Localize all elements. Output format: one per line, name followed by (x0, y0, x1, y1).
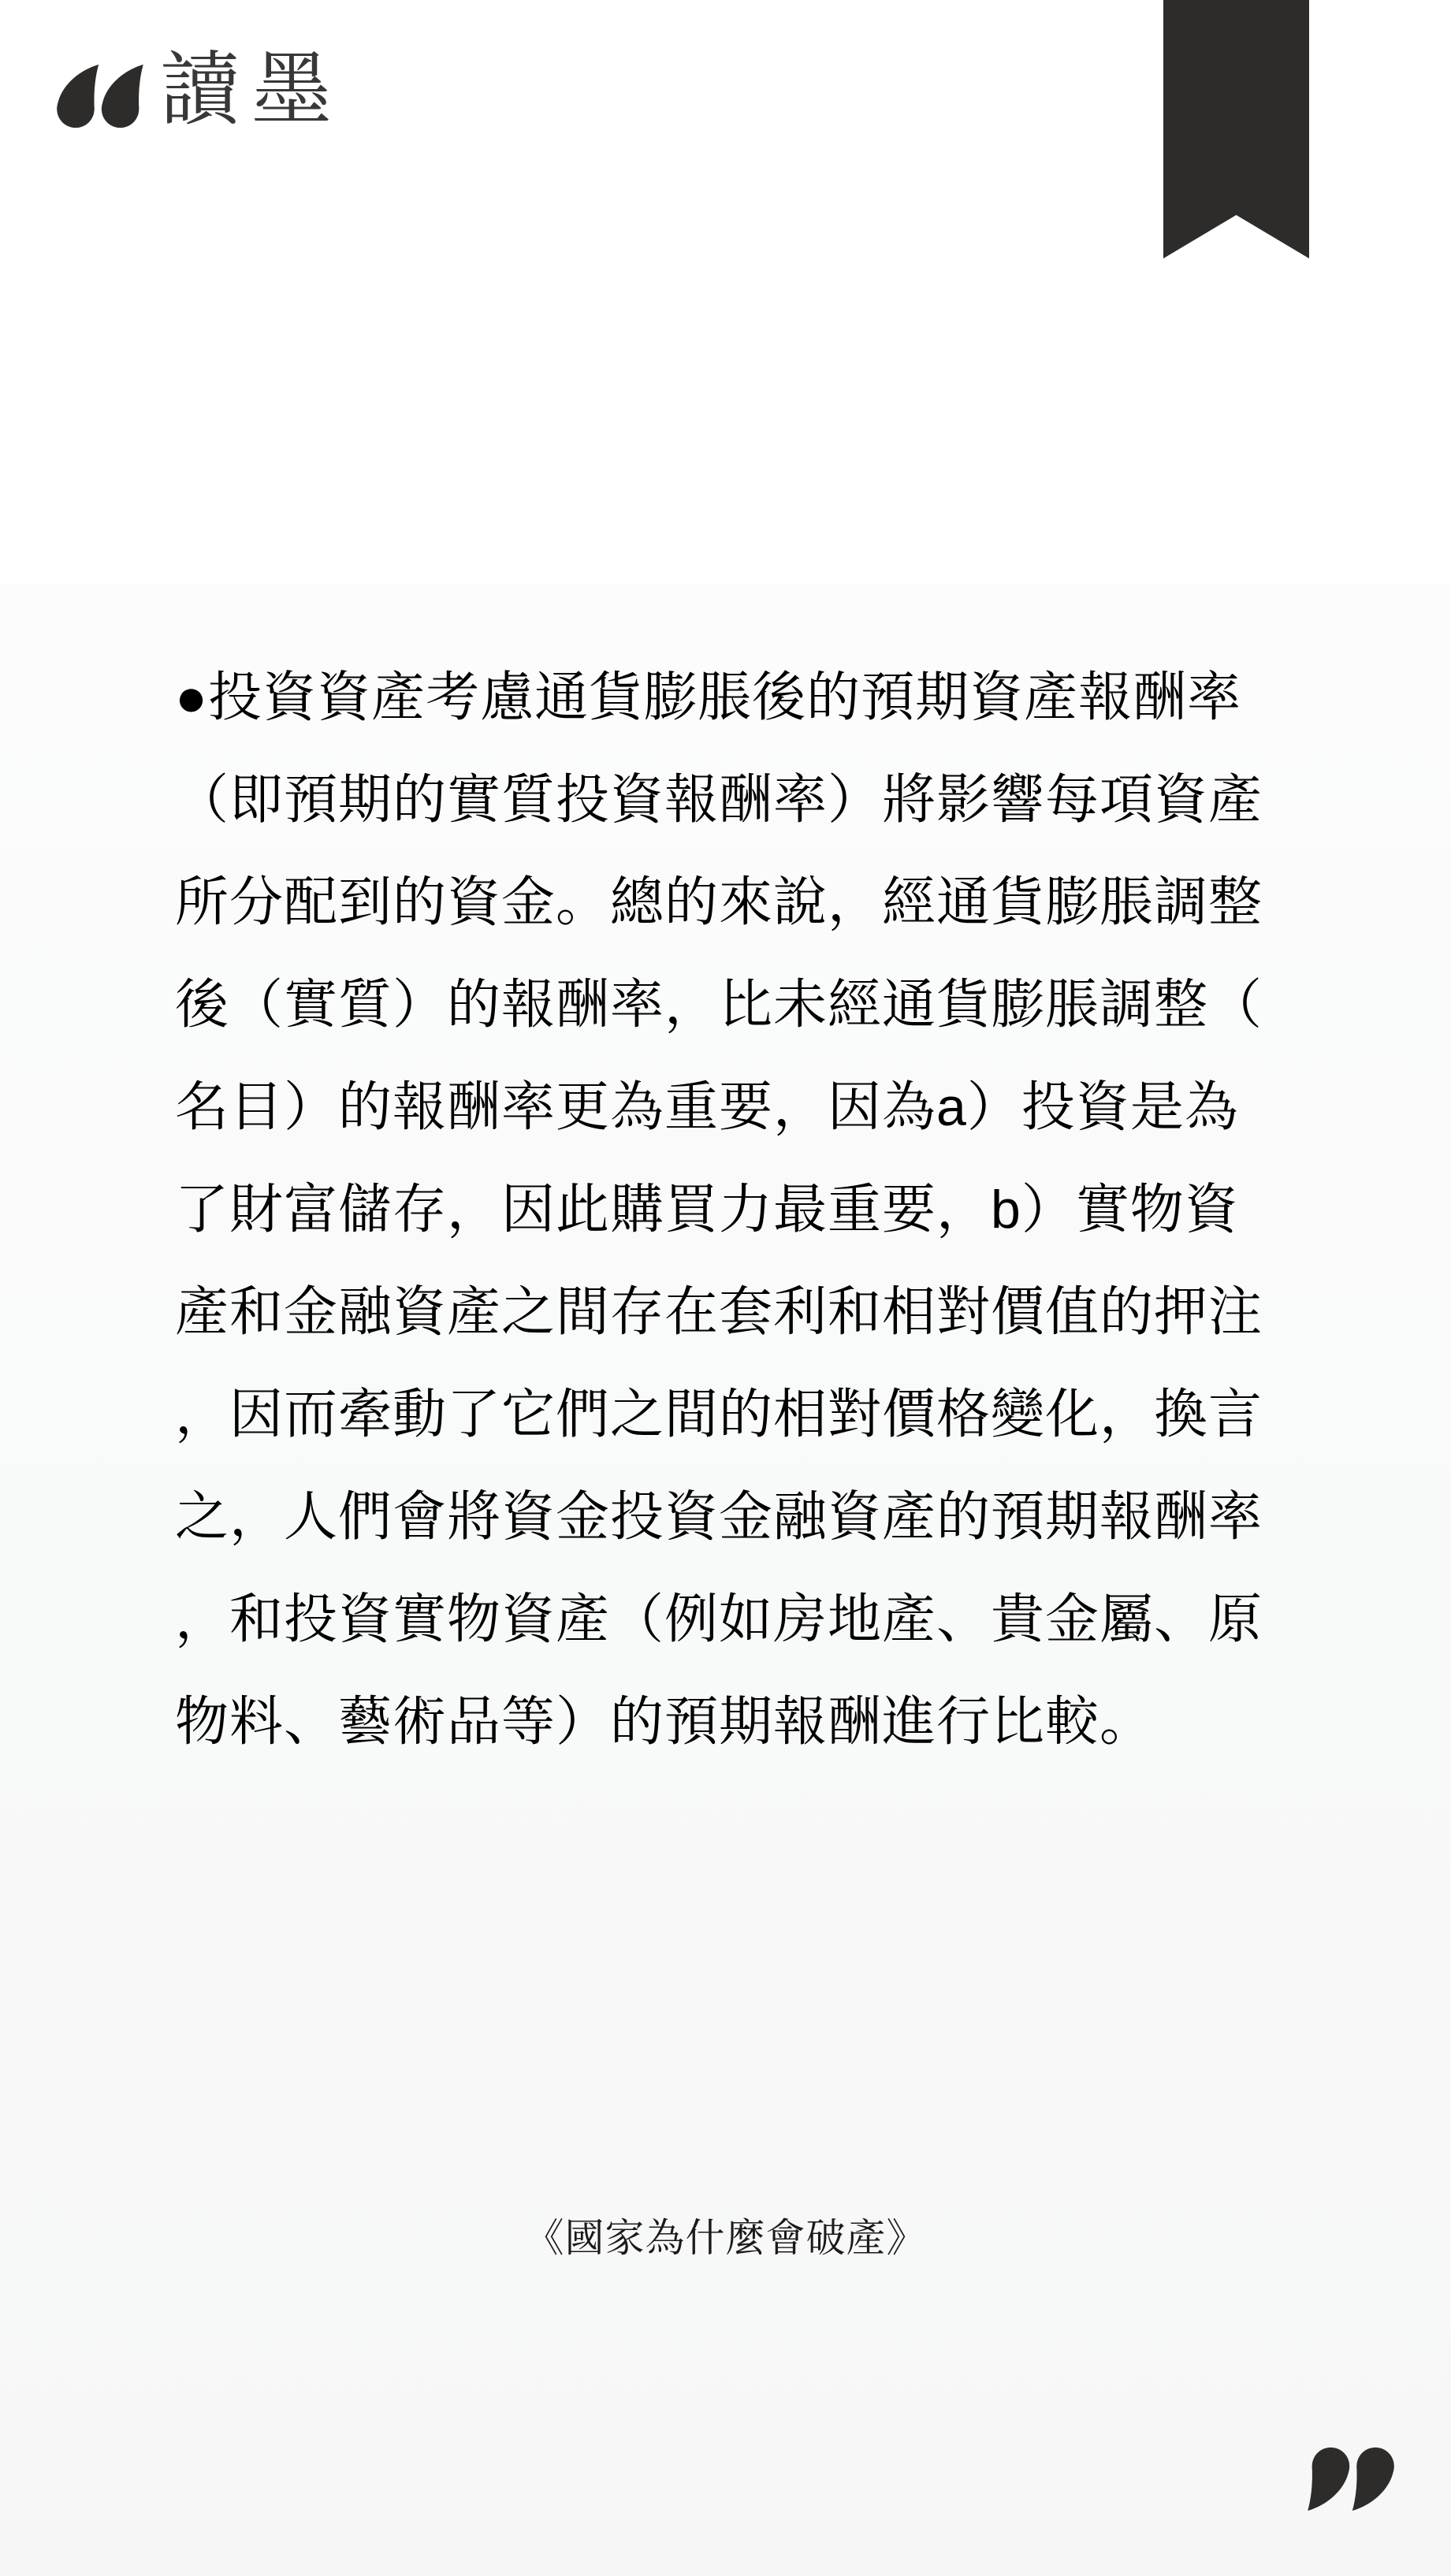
quote-line: 後（實質）的報酬率，比未經通貨膨脹調整（ (175, 953, 1341, 1056)
bookmark-ribbon-icon (1163, 0, 1309, 258)
opening-quote-icon (57, 63, 143, 129)
quote-line: 產和金融資產之間存在套利和相對價值的押注 (175, 1261, 1341, 1363)
quote-line: ，因而牽動了它們之間的相對價格變化，換言 (175, 1363, 1341, 1466)
quote-text-block: ●投資資產考慮通貨膨脹後的預期資產報酬率 （即預期的實質投資報酬率）將影響每項資… (175, 646, 1341, 1773)
closing-quote-icon (1306, 2446, 1396, 2512)
quote-line: 名目）的報酬率更為重要，因為a）投資是為 (175, 1056, 1341, 1158)
footer-background-strip (0, 2520, 1451, 2576)
quote-line: 之，人們會將資金投資金融資產的預期報酬率 (175, 1466, 1341, 1568)
quote-line: 物料、藝術品等）的預期報酬進行比較。 (175, 1671, 1341, 1773)
quote-line: 所分配到的資金。總的來說，經通貨膨脹調整 (175, 851, 1341, 953)
book-title: 《國家為什麼會破產》 (0, 2214, 1451, 2262)
quote-card: 讀墨 ●投資資產考慮通貨膨脹後的預期資產報酬率 （即預期的實質投資報酬率）將影響… (0, 0, 1451, 2576)
brand-logo-text: 讀墨 (160, 46, 343, 134)
quote-line: ，和投資實物資產（例如房地產、貴金屬、原 (175, 1568, 1341, 1671)
quote-line: （即預期的實質投資報酬率）將影響每項資產 (175, 749, 1341, 851)
quote-line: ●投資資產考慮通貨膨脹後的預期資產報酬率 (175, 646, 1341, 749)
quote-line: 了財富儲存，因此購買力最重要，b）實物資 (175, 1158, 1341, 1261)
